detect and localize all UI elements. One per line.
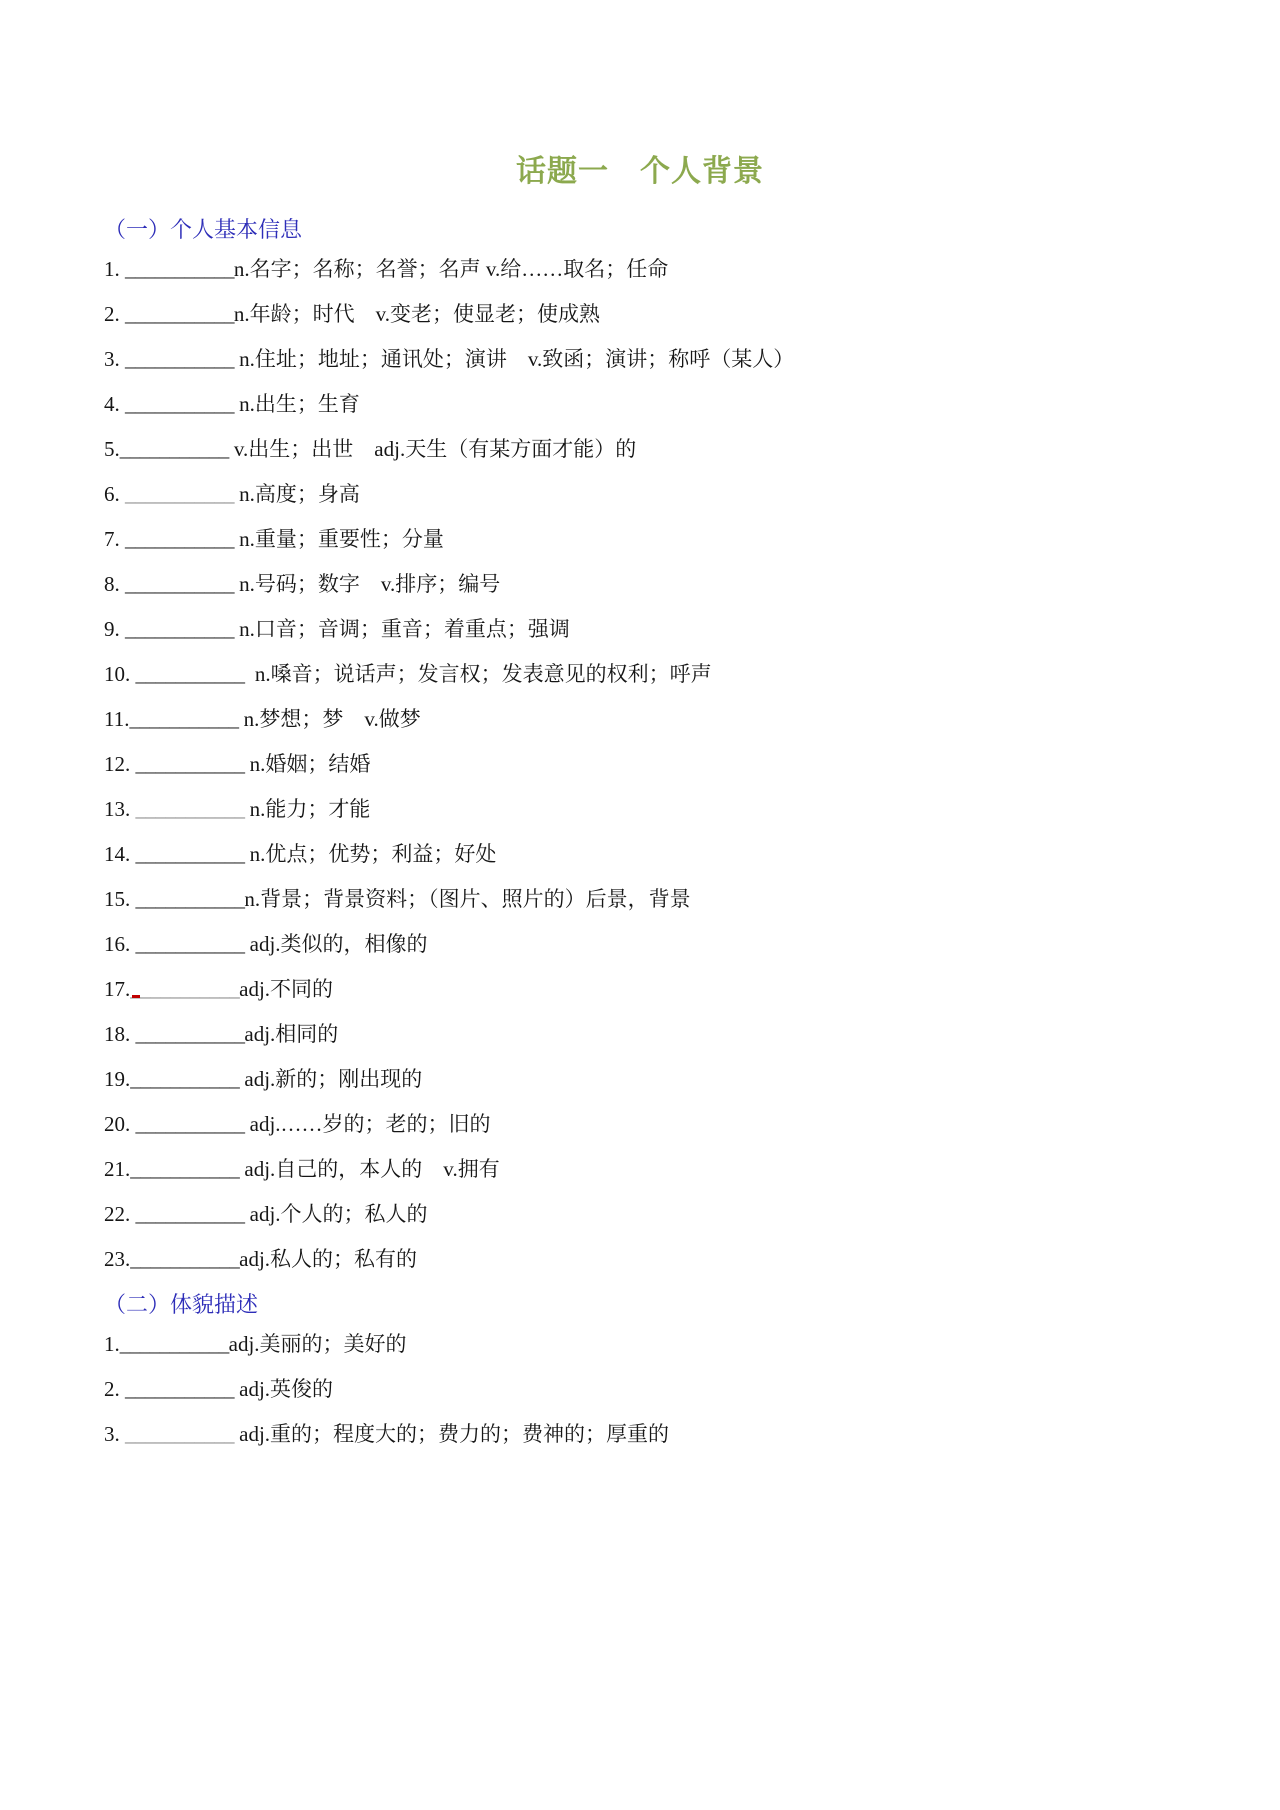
- item-number: 20.: [104, 1112, 136, 1136]
- vocab-item-row: 3. ___________ n.住址；地址；通讯处；演讲 v.致函；演讲；称呼…: [104, 344, 1220, 374]
- fill-in-blank[interactable]: ___________: [125, 347, 234, 371]
- item-definition: n.高度；身高: [234, 482, 360, 506]
- fill-in-blank[interactable]: ___________: [125, 392, 234, 416]
- item-definition: adj.美丽的；美好的: [229, 1332, 407, 1356]
- fill-in-blank[interactable]: ___________: [136, 662, 245, 686]
- section-items: 1.___________adj.美丽的；美好的 2. ___________ …: [104, 1329, 1220, 1449]
- vocab-item-row: 7. ___________ n.重量；重要性；分量: [104, 524, 1220, 554]
- item-number: 22.: [104, 1202, 136, 1226]
- item-number: 23.: [104, 1247, 130, 1271]
- item-number: 18.: [104, 1022, 136, 1046]
- fill-in-blank[interactable]: ___________: [136, 887, 245, 911]
- item-number: 15.: [104, 887, 136, 911]
- vocab-item-row: 8. ___________ n.号码；数字 v.排序；编号: [104, 569, 1220, 599]
- fill-in-blank[interactable]: ___________: [136, 932, 245, 956]
- item-definition: adj.……岁的；老的；旧的: [244, 1112, 490, 1136]
- fill-in-blank[interactable]: ___________: [136, 752, 245, 776]
- item-definition: n.背景；背景资料；（图片、照片的）后景，背景: [244, 887, 690, 911]
- vocab-section: （二）体貌描述 1.___________adj.美丽的；美好的 2. ____…: [104, 1289, 1220, 1449]
- vocab-item-row: 17.___________adj.不同的: [104, 974, 1220, 1004]
- fill-in-blank[interactable]: ___________: [129, 707, 238, 731]
- item-number: 8.: [104, 572, 125, 596]
- item-number: 10.: [104, 662, 136, 686]
- item-definition: n.能力；才能: [244, 797, 370, 821]
- item-definition: adj.相同的: [244, 1022, 338, 1046]
- item-definition: adj.类似的，相像的: [244, 932, 427, 956]
- item-number: 1.: [104, 257, 125, 281]
- section-heading: （二）体貌描述: [104, 1289, 1220, 1321]
- vocab-item-row: 5.___________ v.出生；出世 adj.天生（有某方面才能）的: [104, 434, 1220, 464]
- fill-in-blank[interactable]: ___________: [136, 1112, 245, 1136]
- item-definition: n.嗓音；说话声；发言权；发表意见的权利；呼声: [244, 662, 711, 686]
- item-definition: adj.不同的: [239, 977, 333, 1001]
- item-definition: n.年龄；时代 v.变老；使显老；使成熟: [234, 302, 600, 326]
- vocab-item-row: 13. ___________ n.能力；才能: [104, 794, 1220, 824]
- item-number: 9.: [104, 617, 125, 641]
- fill-in-blank[interactable]: ___________: [130, 1157, 239, 1181]
- item-definition: adj.英俊的: [234, 1377, 333, 1401]
- fill-in-blank[interactable]: ___________: [125, 572, 234, 596]
- vocab-item-row: 18. ___________adj.相同的: [104, 1019, 1220, 1049]
- section-heading: （一）个人基本信息: [104, 214, 1220, 246]
- item-number: 19.: [104, 1067, 130, 1091]
- item-definition: n.重量；重要性；分量: [234, 527, 444, 551]
- item-definition: n.婚姻；结婚: [244, 752, 370, 776]
- fill-in-blank[interactable]: ___________: [125, 1377, 234, 1401]
- item-definition: adj.私人的；私有的: [239, 1247, 417, 1271]
- item-number: 3.: [104, 1422, 125, 1446]
- page-title: 话题一 个人背景: [0, 0, 1280, 190]
- item-number: 7.: [104, 527, 125, 551]
- fill-in-blank[interactable]: ___________: [125, 617, 234, 641]
- fill-in-blank[interactable]: ___________: [125, 1422, 234, 1446]
- fill-in-blank[interactable]: ___________: [125, 527, 234, 551]
- fill-in-blank[interactable]: ___________: [136, 1022, 245, 1046]
- fill-in-blank[interactable]: ___________: [130, 1247, 239, 1271]
- fill-in-blank[interactable]: ___________: [136, 1202, 245, 1226]
- item-number: 2.: [104, 302, 125, 326]
- vocab-item-row: 11.___________ n.梦想；梦 v.做梦: [104, 704, 1220, 734]
- item-number: 1.: [104, 1332, 120, 1356]
- item-definition: n.梦想；梦 v.做梦: [238, 707, 420, 731]
- item-definition: n.优点；优势；利益；好处: [244, 842, 496, 866]
- vocab-item-row: 20. ___________ adj.……岁的；老的；旧的: [104, 1109, 1220, 1139]
- item-definition: adj.重的；程度大的；费力的；费神的；厚重的: [234, 1422, 669, 1446]
- fill-in-blank[interactable]: ___________: [125, 302, 234, 326]
- vocab-item-row: 1. ___________n.名字；名称；名誉；名声 v.给……取名；任命: [104, 254, 1220, 284]
- fill-in-blank[interactable]: ___________: [130, 977, 239, 1001]
- fill-in-blank[interactable]: ___________: [120, 437, 229, 461]
- vocab-item-row: 3. ___________ adj.重的；程度大的；费力的；费神的；厚重的: [104, 1419, 1220, 1449]
- item-definition: n.住址；地址；通讯处；演讲 v.致函；演讲；称呼（某人）: [234, 347, 794, 371]
- fill-in-blank[interactable]: ___________: [136, 842, 245, 866]
- section-items: 1. ___________n.名字；名称；名誉；名声 v.给……取名；任命 2…: [104, 254, 1220, 1274]
- item-definition: n.号码；数字 v.排序；编号: [234, 572, 500, 596]
- item-number: 6.: [104, 482, 125, 506]
- item-number: 4.: [104, 392, 125, 416]
- item-definition: n.名字；名称；名誉；名声 v.给……取名；任命: [234, 257, 668, 281]
- item-definition: adj.新的；刚出现的: [239, 1067, 422, 1091]
- item-definition: adj.自己的，本人的 v.拥有: [239, 1157, 500, 1181]
- vocab-item-row: 4. ___________ n.出生；生育: [104, 389, 1220, 419]
- vocab-item-row: 9. ___________ n.口音；音调；重音；着重点；强调: [104, 614, 1220, 644]
- item-number: 14.: [104, 842, 136, 866]
- item-number: 11.: [104, 707, 129, 731]
- item-number: 2.: [104, 1377, 125, 1401]
- vocab-item-row: 22. ___________ adj.个人的；私人的: [104, 1199, 1220, 1229]
- item-definition: n.出生；生育: [234, 392, 360, 416]
- vocab-item-row: 14. ___________ n.优点；优势；利益；好处: [104, 839, 1220, 869]
- vocab-item-row: 1.___________adj.美丽的；美好的: [104, 1329, 1220, 1359]
- document-content: （一）个人基本信息 1. ___________n.名字；名称；名誉；名声 v.…: [0, 214, 1280, 1449]
- vocab-item-row: 21.___________ adj.自己的，本人的 v.拥有: [104, 1154, 1220, 1184]
- vocab-section: （一）个人基本信息 1. ___________n.名字；名称；名誉；名声 v.…: [104, 214, 1220, 1274]
- item-number: 16.: [104, 932, 136, 956]
- fill-in-blank[interactable]: ___________: [136, 797, 245, 821]
- vocab-item-row: 10. ___________ n.嗓音；说话声；发言权；发表意见的权利；呼声: [104, 659, 1220, 689]
- vocab-item-row: 2. ___________n.年龄；时代 v.变老；使显老；使成熟: [104, 299, 1220, 329]
- item-definition: v.出生；出世 adj.天生（有某方面才能）的: [229, 437, 637, 461]
- fill-in-blank[interactable]: ___________: [130, 1067, 239, 1091]
- fill-in-blank[interactable]: ___________: [125, 482, 234, 506]
- item-definition: adj.个人的；私人的: [244, 1202, 427, 1226]
- vocab-item-row: 23.___________adj.私人的；私有的: [104, 1244, 1220, 1274]
- vocab-item-row: 12. ___________ n.婚姻；结婚: [104, 749, 1220, 779]
- fill-in-blank[interactable]: ___________: [120, 1332, 229, 1356]
- item-number: 17.: [104, 977, 130, 1001]
- item-number: 3.: [104, 347, 125, 371]
- sections-container: （一）个人基本信息 1. ___________n.名字；名称；名誉；名声 v.…: [104, 214, 1220, 1449]
- vocab-item-row: 15. ___________n.背景；背景资料；（图片、照片的）后景，背景: [104, 884, 1220, 914]
- fill-in-blank[interactable]: ___________: [125, 257, 234, 281]
- item-number: 21.: [104, 1157, 130, 1181]
- vocab-item-row: 16. ___________ adj.类似的，相像的: [104, 929, 1220, 959]
- vocab-item-row: 19.___________ adj.新的；刚出现的: [104, 1064, 1220, 1094]
- item-number: 5.: [104, 437, 120, 461]
- vocab-item-row: 6. ___________ n.高度；身高: [104, 479, 1220, 509]
- item-number: 13.: [104, 797, 136, 821]
- item-number: 12.: [104, 752, 136, 776]
- vocab-item-row: 2. ___________ adj.英俊的: [104, 1374, 1220, 1404]
- document-page: 话题一 个人背景 （一）个人基本信息 1. ___________n.名字；名称…: [0, 0, 1280, 1449]
- item-definition: n.口音；音调；重音；着重点；强调: [234, 617, 570, 641]
